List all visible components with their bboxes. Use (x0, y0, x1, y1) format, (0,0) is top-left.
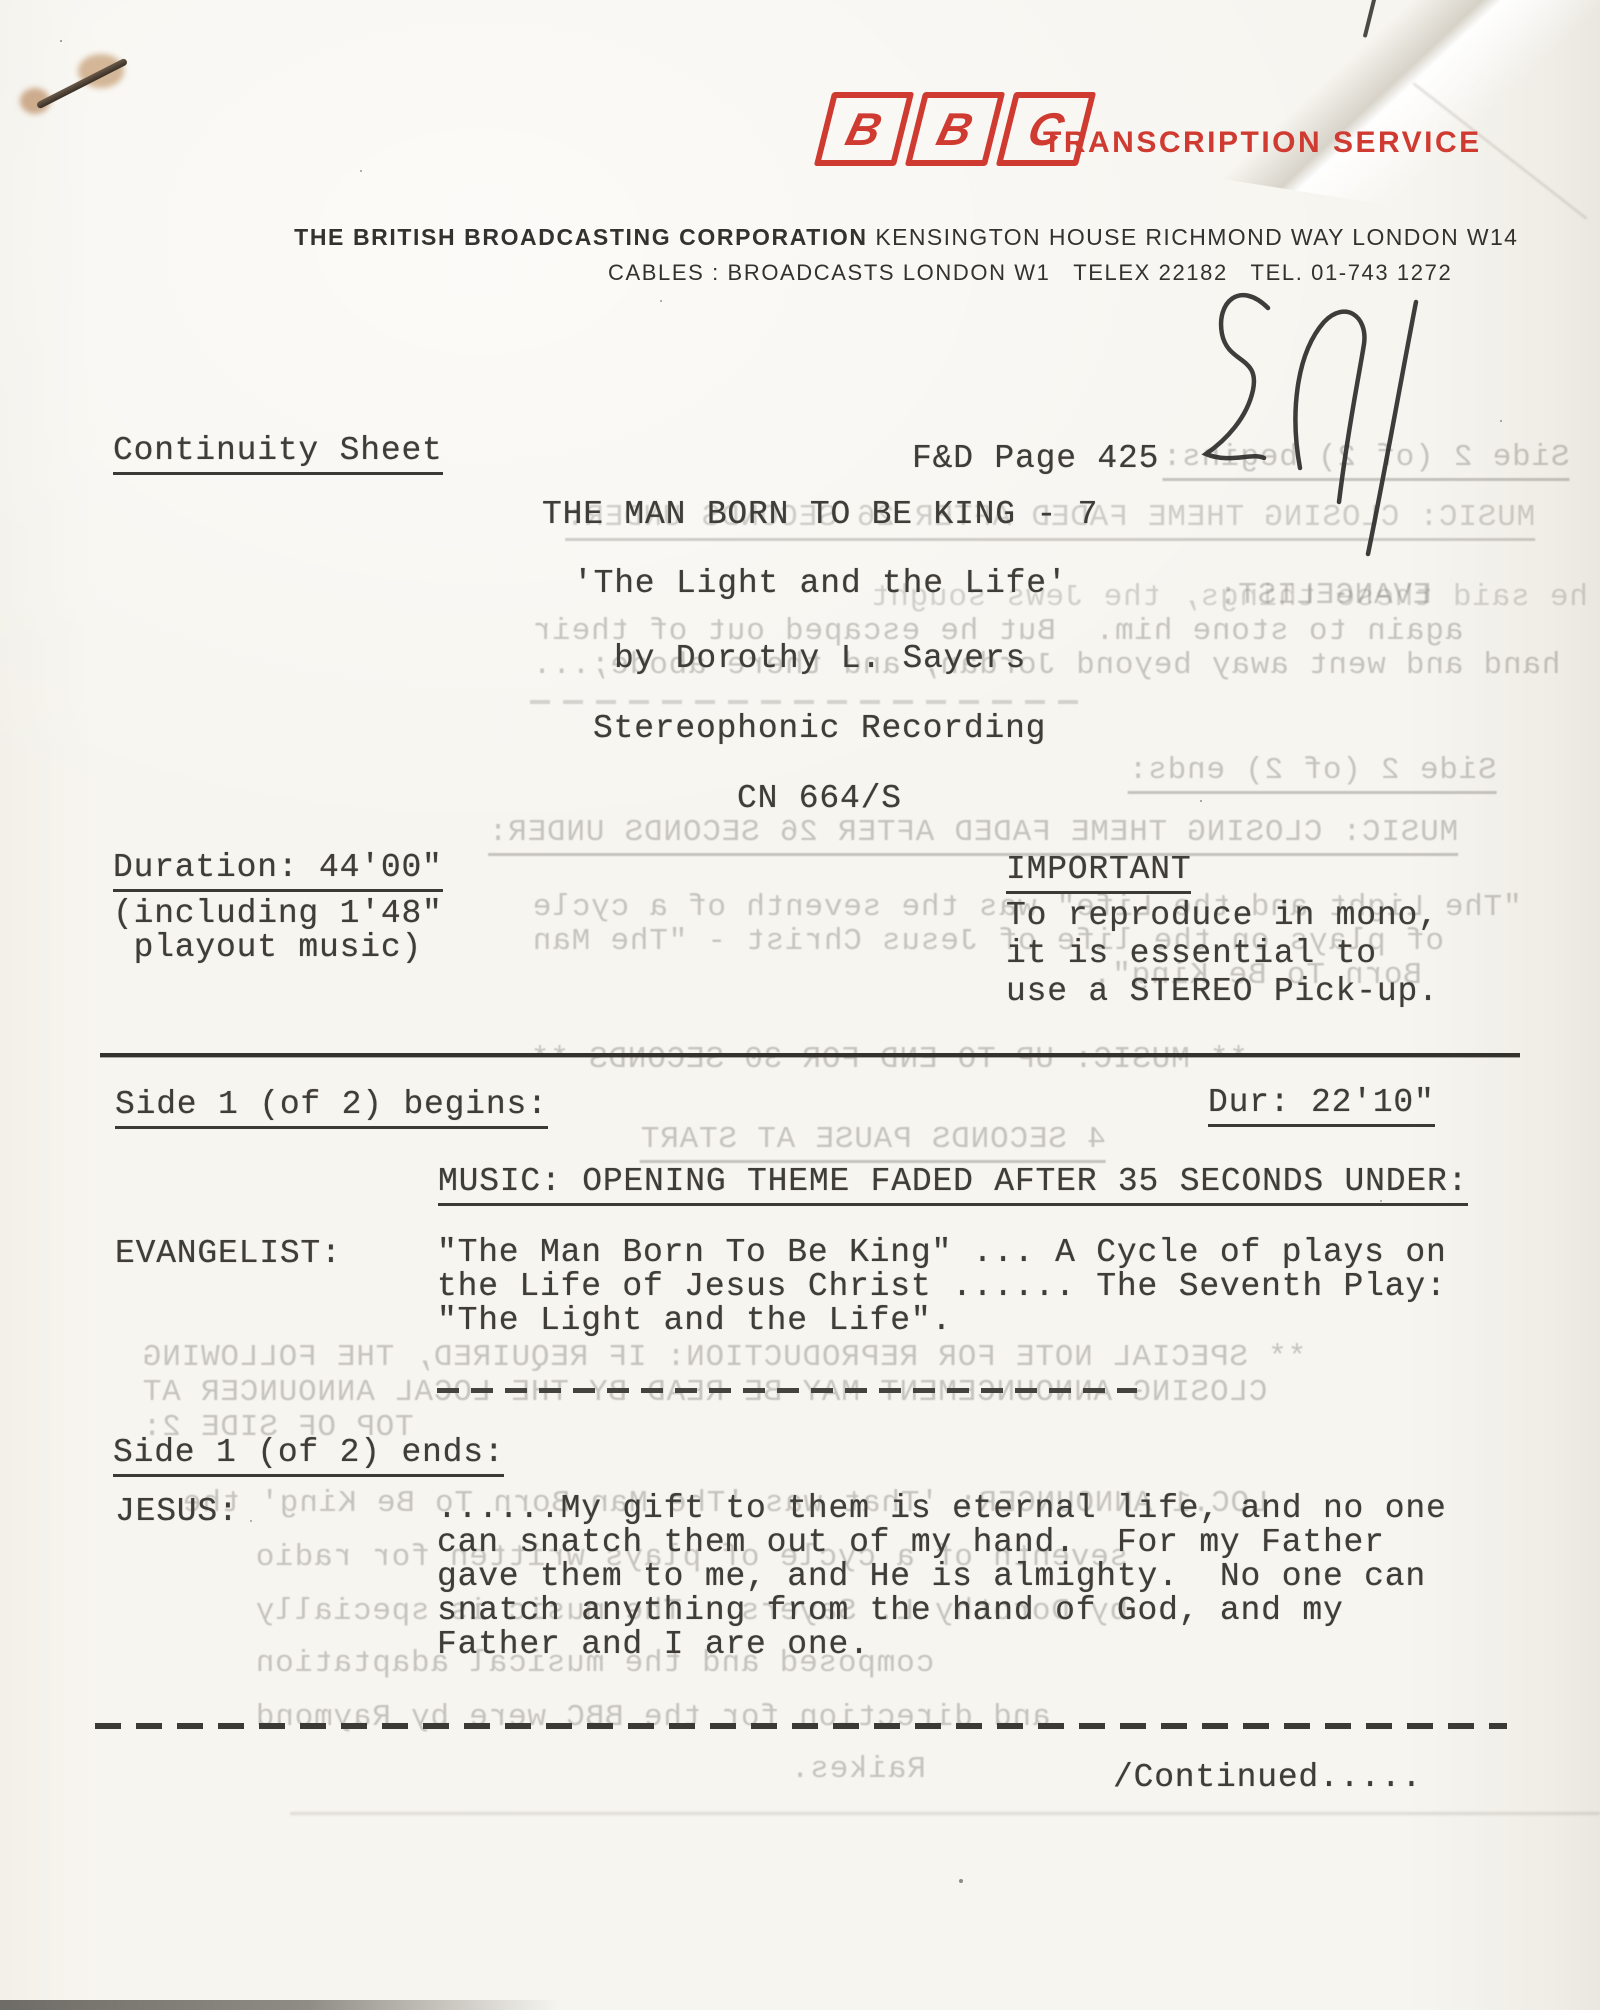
bleedthrough-text: ** SPECIAL NOTE FOR REPRODUCTION: IF REQ… (142, 1340, 1306, 1375)
music-cue-text: MUSIC: OPENING THEME FADED AFTER 35 SECO… (438, 1164, 1468, 1206)
staple (30, 52, 134, 112)
catalogue-number: CN 664/S (737, 781, 902, 817)
sheet-label: Continuity Sheet (113, 433, 443, 475)
section-divider-rule (100, 1053, 1520, 1057)
continued-note: /Continued..... (1113, 1760, 1422, 1796)
jesus-speech: ......My gift to them is eternal life, a… (437, 1492, 1447, 1662)
bbc-logo-box: B (905, 92, 1005, 166)
logo-letter: B (842, 106, 887, 152)
evangelist-speech: "The Man Born To Be King" ... A Cycle of… (437, 1236, 1447, 1338)
bleedthrough-text: 4 SECONDS PAUSE AT START (640, 1122, 1106, 1163)
bleedthrough-text: ** MUSIC: UP TO END FOR 30 SECONDS ** (530, 1042, 1248, 1077)
recording-type: Stereophonic Recording (593, 711, 1046, 747)
bleedthrough-text: Raikes. (790, 1752, 926, 1787)
speaker-evangelist: EVANGELIST: (115, 1236, 342, 1272)
bleedthrough-text: Side 2 (of 2) ends: (1128, 753, 1497, 794)
music-cue: MUSIC: OPENING THEME FADED AFTER 35 SECO… (438, 1164, 1468, 1206)
bbc-logo-box: B (814, 92, 914, 166)
corporation-address: KENSINGTON HOUSE RICHMOND WAY LONDON W14 (868, 224, 1519, 250)
important-label-text: IMPORTANT (1006, 852, 1191, 894)
duration-label: Duration: 44'00" (113, 850, 443, 892)
paper-specks (60, 40, 62, 42)
side1-ends-text: Side 1 (of 2) ends: (113, 1435, 504, 1477)
dashed-divider-short (437, 1388, 1137, 1393)
side1-begins-label: Side 1 (of 2) begins: (115, 1087, 548, 1129)
bleedthrough-text: and direction for the BBC were by Raymon… (255, 1700, 1051, 1735)
side1-ends-label: Side 1 (of 2) ends: (113, 1435, 504, 1477)
handwriting-svg (1140, 262, 1440, 582)
speaker-jesus: JESUS: (115, 1494, 239, 1530)
bleedthrough-faint-rule (290, 1812, 1600, 1815)
author-line: by Dorothy L. Sayers (614, 641, 1026, 677)
important-label: IMPORTANT (1006, 852, 1191, 894)
handwritten-number (1140, 262, 1440, 587)
important-body: To reproduce in mono, it is essential to… (1006, 897, 1439, 1011)
logo-letter: B (933, 106, 978, 152)
transcription-service-title: TRANSCRIPTION SERVICE (1043, 126, 1482, 160)
bleedthrough-text: MUSIC: CLOSING THEME FADED AFTER 26 SECO… (488, 815, 1458, 856)
dashed-divider-long (95, 1723, 1507, 1729)
scanned-continuity-sheet: Side 2 (of 2) begins:MUSIC: CLOSING THEM… (0, 0, 1600, 2010)
side1-duration-text: Dur: 22'10" (1208, 1085, 1435, 1127)
scan-bottom-edge (0, 2000, 560, 2010)
bleedthrough-dashed-rule (530, 700, 1090, 704)
sheet-label-text: Continuity Sheet (113, 433, 443, 475)
duration-label-text: Duration: 44'00" (113, 850, 443, 892)
page-ref: F&D Page 425 (912, 441, 1159, 477)
duration-note: (including 1'48" playout music) (113, 897, 443, 965)
side1-begins-text: Side 1 (of 2) begins: (115, 1087, 548, 1129)
play-title: THE MAN BORN TO BE KING - 7 (542, 497, 1098, 533)
play-subtitle: 'The Light and the Life' (573, 566, 1067, 602)
side1-duration: Dur: 22'10" (1208, 1085, 1435, 1127)
corporation-name: THE BRITISH BROADCASTING CORPORATION (294, 224, 867, 250)
